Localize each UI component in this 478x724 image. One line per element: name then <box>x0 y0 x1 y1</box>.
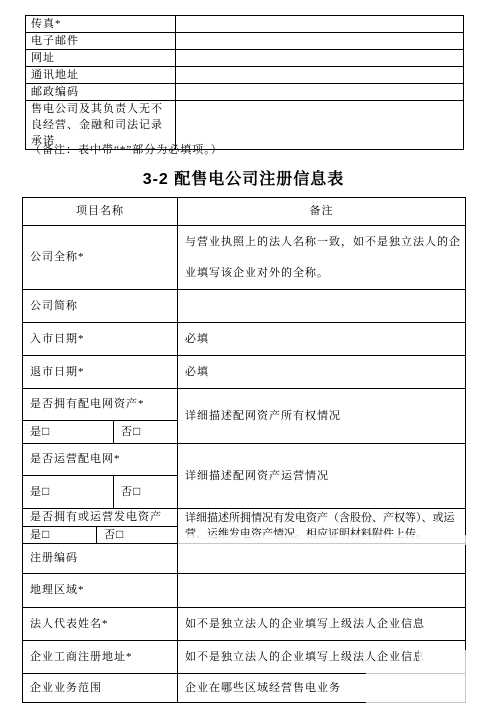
field-label: 入市日期* <box>23 323 178 356</box>
registration-table: 项目名称 备注 公司全称* 与营业执照上的法人名称一致，如不是独立法人的企业填写… <box>22 197 466 703</box>
no-label: 否 <box>121 426 133 438</box>
field-remark: 如不是独立法人的企业填写上级法人企业信息 <box>178 608 466 641</box>
field-remark <box>178 290 466 323</box>
table-row: 法人代表姓名* 如不是独立法人的企业填写上级法人企业信息 <box>23 608 466 641</box>
table-row: 入市日期* 必填 <box>23 323 466 356</box>
field-remark: 详细描述配网资产运营情况 <box>178 444 466 509</box>
field-value <box>176 84 464 101</box>
table-row: 退市日期* 必填 <box>23 356 466 389</box>
field-remark <box>178 544 466 574</box>
field-value <box>176 67 464 84</box>
field-label: 法人代表姓名* <box>23 608 178 641</box>
field-label: 网址 <box>26 50 176 67</box>
table-row: 是否拥有或运营发电资产 详细描述所拥情况有发电资产（含股份、产权等）、或运营、运… <box>23 509 466 527</box>
contact-table: 传真* 电子邮件 网址 通讯地址 邮政编码 售电公司及其负责人无不良经营、金融和… <box>25 15 464 150</box>
field-remark: 详细描述配网资产所有权情况 <box>178 389 466 444</box>
field-label: 公司简称 <box>23 290 178 323</box>
table-row: 地理区域* <box>23 574 466 608</box>
field-value <box>176 33 464 50</box>
yes-label: 是 <box>30 426 42 438</box>
table-row: 传真* <box>26 16 464 33</box>
table-row: 网址 <box>26 50 464 67</box>
table-row: 邮政编码 <box>26 84 464 101</box>
field-remark: 必填 <box>178 356 466 389</box>
checkbox-empty-icon: □ <box>133 484 140 498</box>
field-label: 企业业务范围 <box>23 674 178 703</box>
checkbox-empty-icon: □ <box>42 424 49 438</box>
field-label: 是否运营配电网* <box>23 444 178 476</box>
field-remark: 企业在哪些区域经营售电业务 <box>178 674 466 703</box>
field-label: 公司全称* <box>23 226 178 290</box>
no-option: 否□ <box>114 476 178 509</box>
table-row: 是否拥有配电网资产* 详细描述配网资产所有权情况 <box>23 389 466 421</box>
checkbox-empty-icon: □ <box>42 527 49 541</box>
field-label: 是否拥有或运营发电资产 <box>23 509 178 527</box>
field-label: 企业工商注册地址* <box>23 641 178 674</box>
table-row: 是否运营配电网* 详细描述配网资产运营情况 <box>23 444 466 476</box>
field-label: 电子邮件 <box>26 33 176 50</box>
note-text: （备注：表中带“*”部分为必填项。） <box>30 141 223 157</box>
table-row: 电子邮件 <box>26 33 464 50</box>
checkbox-empty-icon: □ <box>42 484 49 498</box>
column-header-remark: 备注 <box>178 198 466 226</box>
field-label: 地理区域* <box>23 574 178 608</box>
field-remark: 详细描述所拥情况有发电资产（含股份、产权等）、或运营、运维发电资产情况。相应证明… <box>178 509 466 544</box>
field-value <box>176 16 464 33</box>
checkbox-empty-icon: □ <box>133 424 140 438</box>
document-page: 传真* 电子邮件 网址 通讯地址 邮政编码 售电公司及其负责人无不良经营、金融和… <box>0 0 478 724</box>
field-label: 注册编码 <box>23 544 178 574</box>
table-row: 公司简称 <box>23 290 466 323</box>
no-option: 否□ <box>97 527 178 544</box>
table-row: 注册编码 <box>23 544 466 574</box>
field-label: 邮政编码 <box>26 84 176 101</box>
yes-option: 是□ <box>23 527 97 544</box>
table-row: 企业业务范围 企业在哪些区域经营售电业务 <box>23 674 466 703</box>
yes-option: 是□ <box>23 476 114 509</box>
no-label: 否 <box>121 486 133 498</box>
field-label: 是否拥有配电网资产* <box>23 389 178 421</box>
checkbox-empty-icon: □ <box>116 527 123 541</box>
header-row: 项目名称 备注 <box>23 198 466 226</box>
field-label: 退市日期* <box>23 356 178 389</box>
table-row: 公司全称* 与营业执照上的法人名称一致，如不是独立法人的企业填写该企业对外的全称… <box>23 226 466 290</box>
field-value <box>176 50 464 67</box>
column-header-item: 项目名称 <box>23 198 178 226</box>
field-remark: 如不是独立法人的企业填写上级法人企业信息 <box>178 641 466 674</box>
table-row: 通讯地址 <box>26 67 464 84</box>
field-remark: 与营业执照上的法人名称一致，如不是独立法人的企业填写该企业对外的全称。 <box>178 226 466 290</box>
yes-option: 是□ <box>23 421 114 444</box>
yes-label: 是 <box>30 529 42 541</box>
field-remark <box>178 574 466 608</box>
field-remark: 必填 <box>178 323 466 356</box>
section-title: 3-2 配售电公司注册信息表 <box>22 166 465 189</box>
yes-label: 是 <box>30 486 42 498</box>
field-label: 传真* <box>26 16 176 33</box>
field-label: 通讯地址 <box>26 67 176 84</box>
table-row: 企业工商注册地址* 如不是独立法人的企业填写上级法人企业信息 <box>23 641 466 674</box>
no-option: 否□ <box>114 421 178 444</box>
no-label: 否 <box>104 529 116 541</box>
